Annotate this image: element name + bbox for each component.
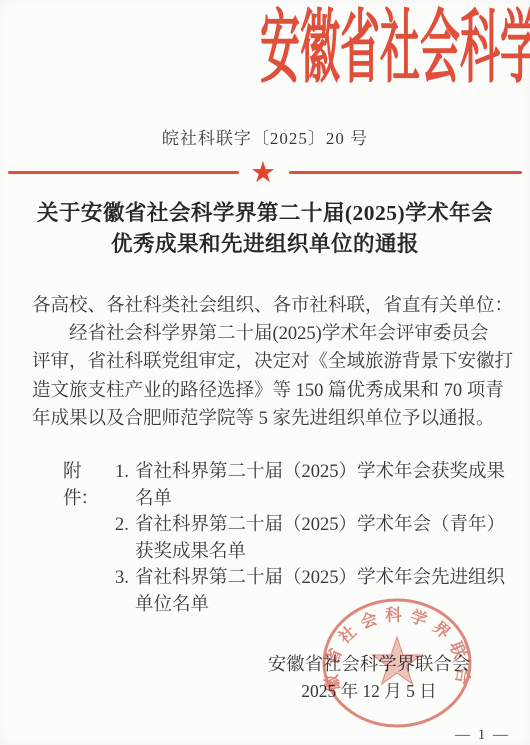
document-reference-number: 皖社科联字〔2025〕20 号	[0, 124, 530, 149]
official-document-page: 安徽省社会科学界联合会文件 皖社科联字〔2025〕20 号 ★ 关于安徽省社会科…	[0, 0, 530, 745]
attachments-label: 附件：	[63, 459, 115, 619]
body-line: 年成果以及合肥师范学院等 5 家先进组织单位予以通报。	[32, 405, 512, 433]
letterhead-title: 安徽省社会科学界联合会文件	[0, 4, 530, 96]
attachment-item: 2. 省社科界第二十届（2025）学术年会（青年） 获奖成果名单	[115, 512, 505, 565]
document-body: 各高校、各社科类社会组织、各市社科联，省直有关单位： 经省社会科学界第二十届(2…	[32, 292, 512, 433]
document-title-line-2: 优秀成果和先进组织单位的通报	[0, 229, 530, 260]
document-title-line-1: 关于安徽省社会科学界第二十届(2025)学术年会	[0, 198, 530, 229]
issue-date: 2025 年 12 月 5 日	[266, 678, 472, 703]
page-number: — 1 —	[455, 727, 510, 744]
attachment-number: 2.	[115, 512, 135, 565]
red-divider-left	[8, 171, 239, 174]
attachment-item: 1. 省社科界第二十届（2025）学术年会获奖成果 名单	[115, 459, 505, 512]
attachment-number: 1.	[115, 459, 135, 512]
star-icon: ★	[245, 154, 281, 190]
attachment-text: 省社科界第二十届（2025）学术年会先进组织 单位名单	[135, 565, 505, 618]
salutation: 各高校、各社科类社会组织、各市社科联，省直有关单位：	[32, 292, 512, 320]
body-line: 经省社会科学界第二十届(2025)学术年会评审委员会	[32, 320, 512, 348]
letterhead-title-text: 安徽省社会科学界联合会文件	[260, 4, 530, 94]
attachments-section: 附件： 1. 省社科界第二十届（2025）学术年会获奖成果 名单 2. 省社科界…	[63, 459, 505, 619]
red-divider-right	[289, 171, 522, 174]
attachments-list: 1. 省社科界第二十届（2025）学术年会获奖成果 名单 2. 省社科界第二十届…	[115, 459, 505, 619]
attachment-text: 省社科界第二十届（2025）学术年会（青年） 获奖成果名单	[135, 512, 505, 565]
attachment-item: 3. 省社科界第二十届（2025）学术年会先进组织 单位名单	[115, 565, 505, 618]
issuer-signature: 安徽省社会科学界联合会	[266, 650, 472, 676]
document-title: 关于安徽省社会科学界第二十届(2025)学术年会 优秀成果和先进组织单位的通报	[0, 198, 530, 259]
attachment-text: 省社科界第二十届（2025）学术年会获奖成果 名单	[135, 459, 505, 512]
attachment-number: 3.	[115, 565, 135, 618]
body-line: 造文旅支柱产业的路径选择》等 150 篇优秀成果和 70 项青	[32, 377, 512, 405]
body-line: 评审，省社科联党组审定，决定对《全域旅游背景下安徽打	[32, 348, 512, 376]
